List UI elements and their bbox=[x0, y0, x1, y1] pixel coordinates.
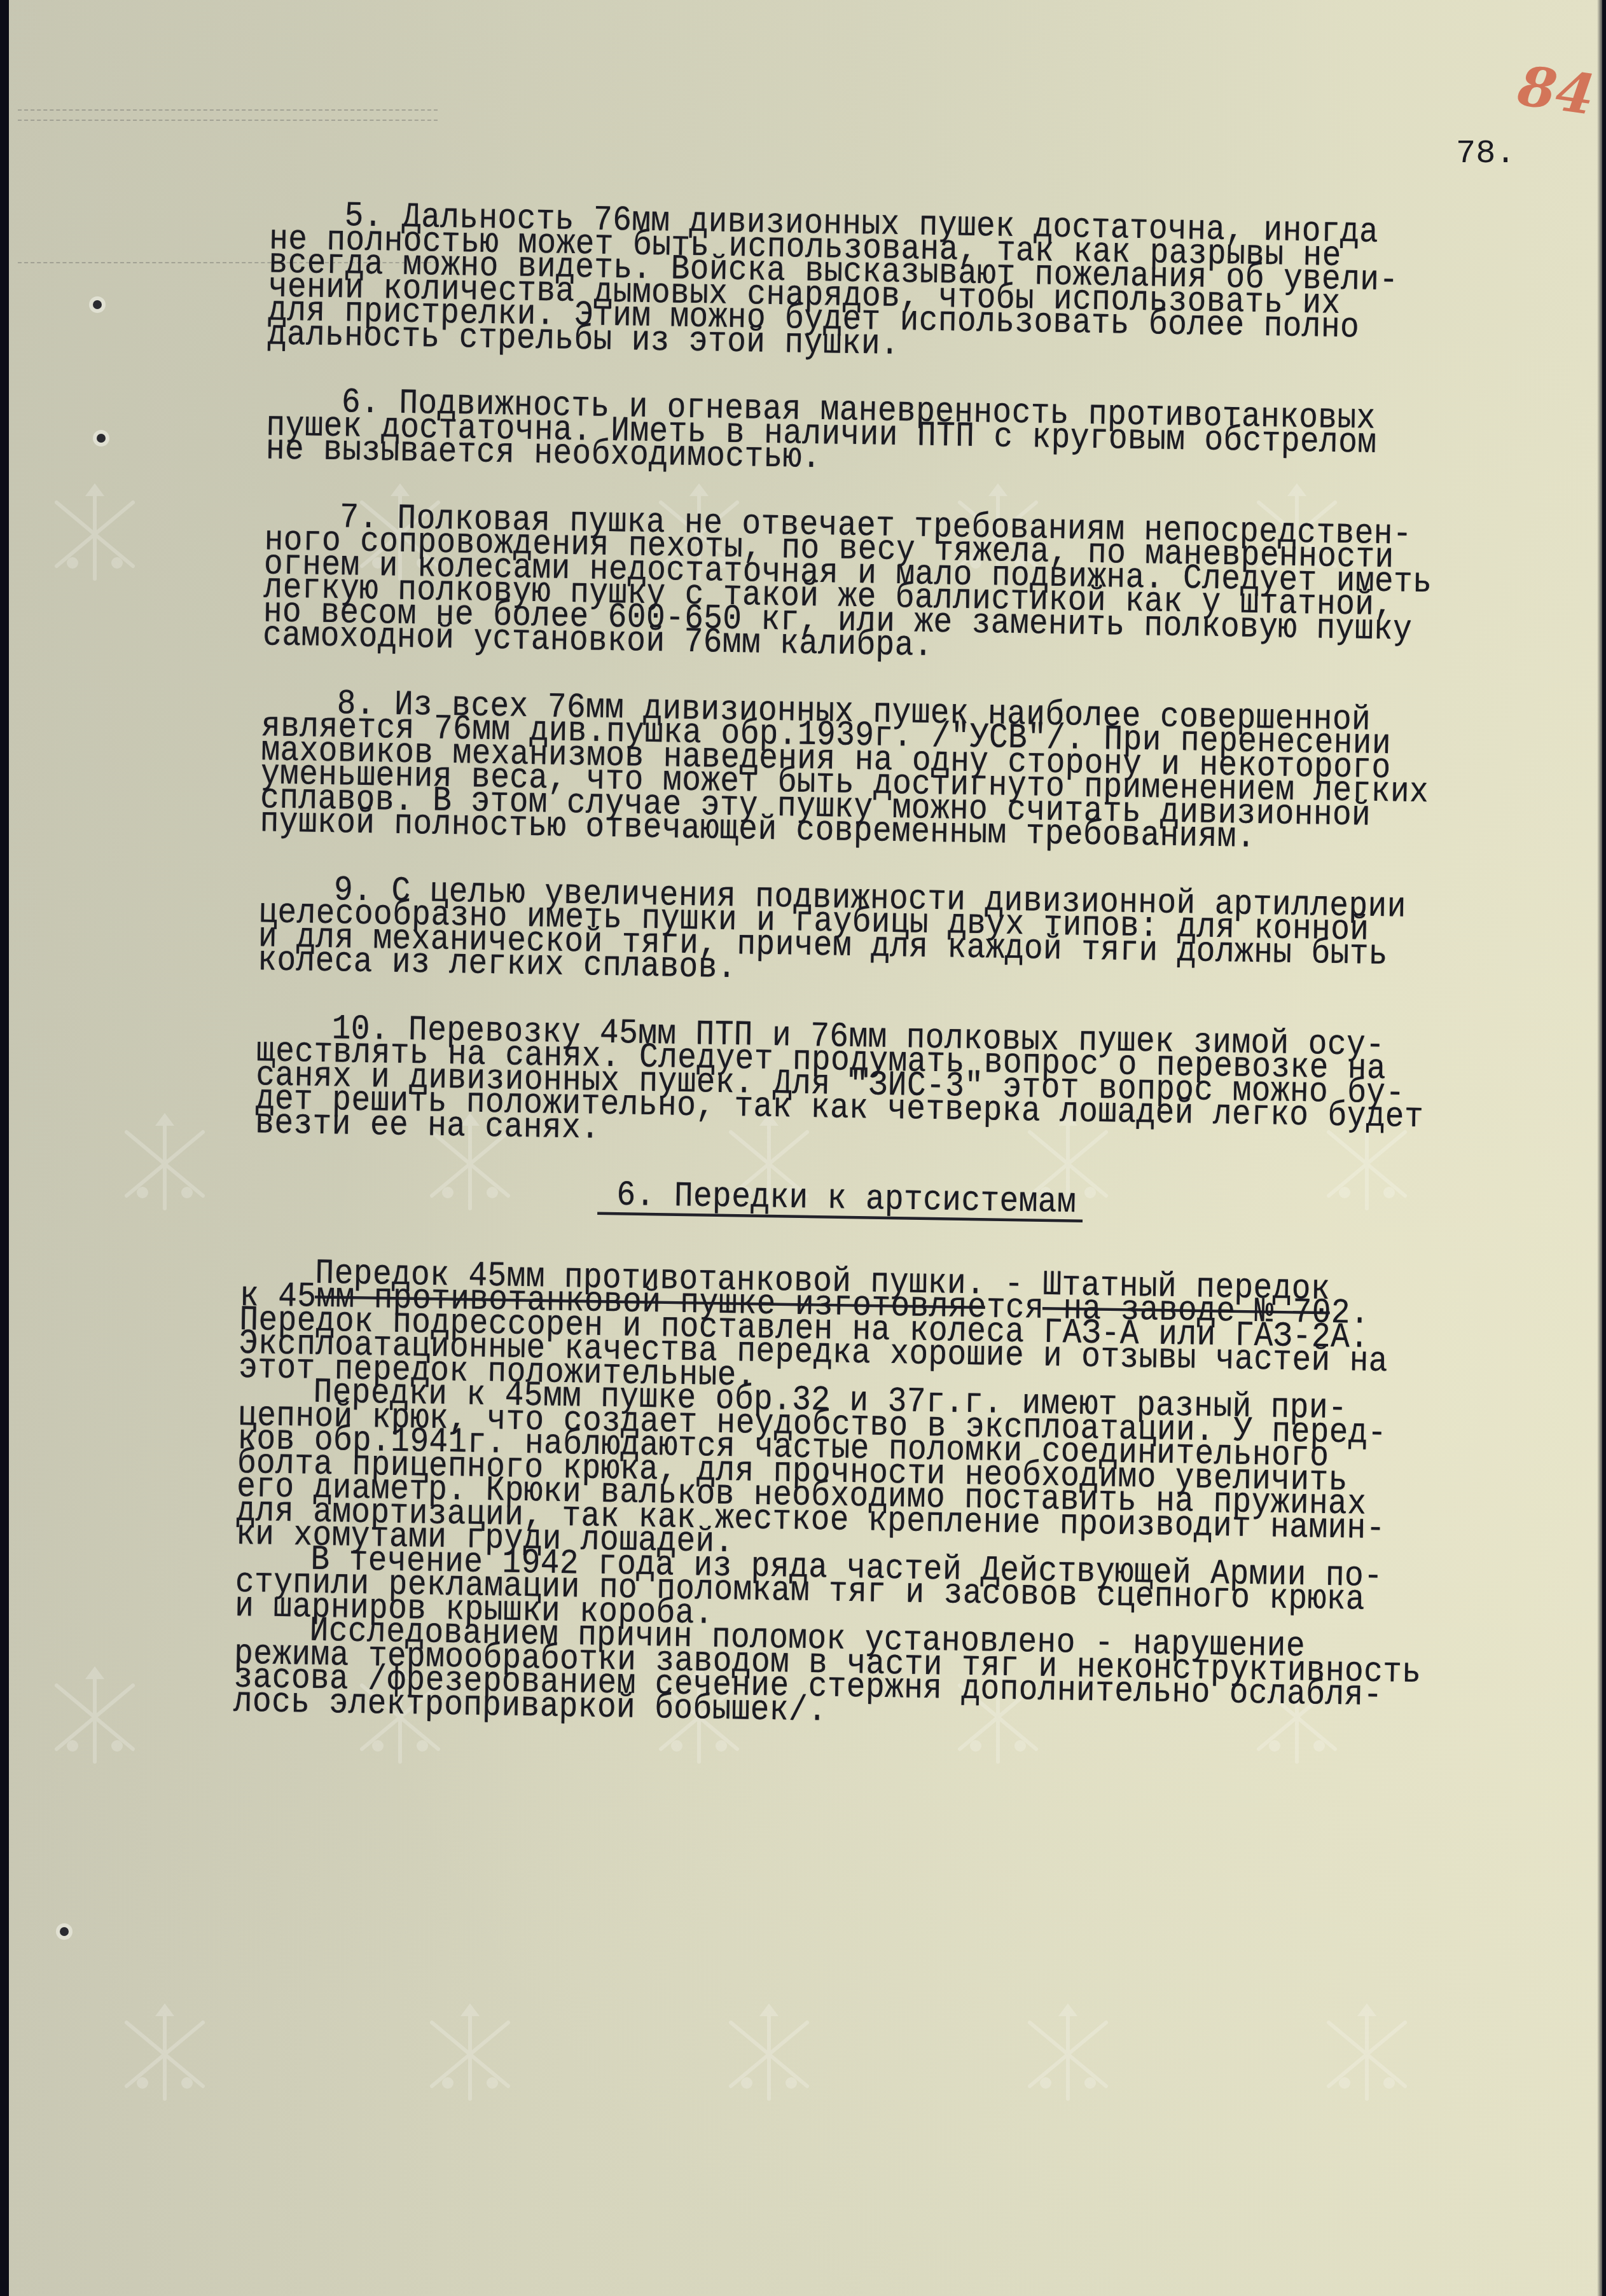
watermark-emblem-icon bbox=[1020, 2003, 1116, 2105]
paragraph-6: 6. Подвижность и огневая маневренность п… bbox=[266, 390, 1602, 483]
paragraph-8: 8. Из всех 76мм дивизионных пушек наибол… bbox=[260, 691, 1602, 855]
watermark-emblem-icon bbox=[422, 2003, 518, 2105]
folio-number-handwritten: 84 bbox=[1514, 53, 1599, 128]
section-heading-wrap: 6. Передки к артсистемам bbox=[254, 1179, 1596, 1229]
punch-hole-mark bbox=[97, 434, 106, 443]
faint-ruled-line bbox=[18, 109, 438, 111]
watermark-emblem-icon bbox=[117, 2003, 212, 2105]
watermark-emblem-icon bbox=[117, 1113, 212, 1215]
faint-ruled-line bbox=[18, 120, 438, 121]
punch-hole-mark bbox=[60, 1927, 69, 1936]
paragraph-9: 9. С целью увеличения подвижности дивизи… bbox=[258, 877, 1601, 993]
punch-hole-mark bbox=[93, 300, 102, 309]
section-heading: 6. Передки к артсистемам bbox=[597, 1182, 1083, 1222]
watermark-emblem-icon bbox=[47, 1666, 142, 1768]
paragraph-10: 10. Перевозку 45мм ПТП и 76мм полковых п… bbox=[255, 1016, 1599, 1156]
document-page: 84 78. 5. Дальность 76мм дивизионных пуш… bbox=[9, 0, 1602, 2296]
section-paragraph-4: Исследованием причин поломок установлено… bbox=[246, 1619, 1589, 1735]
typed-body: 5. Дальность 76мм дивизионных пушек дост… bbox=[246, 204, 1602, 1735]
paragraph-5: 5. Дальность 76мм дивизионных пушек дост… bbox=[267, 204, 1602, 368]
paragraph-7: 7. Полковая пушка не отвечает требования… bbox=[263, 504, 1602, 668]
watermark-emblem-icon bbox=[47, 483, 142, 585]
page-number: 78. bbox=[1456, 135, 1516, 172]
watermark-emblem-icon bbox=[1319, 2003, 1415, 2105]
section-paragraph-2: Передки к 45мм пушке обр.32 и 37г.г. име… bbox=[249, 1380, 1593, 1568]
watermark-emblem-icon bbox=[721, 2003, 817, 2105]
